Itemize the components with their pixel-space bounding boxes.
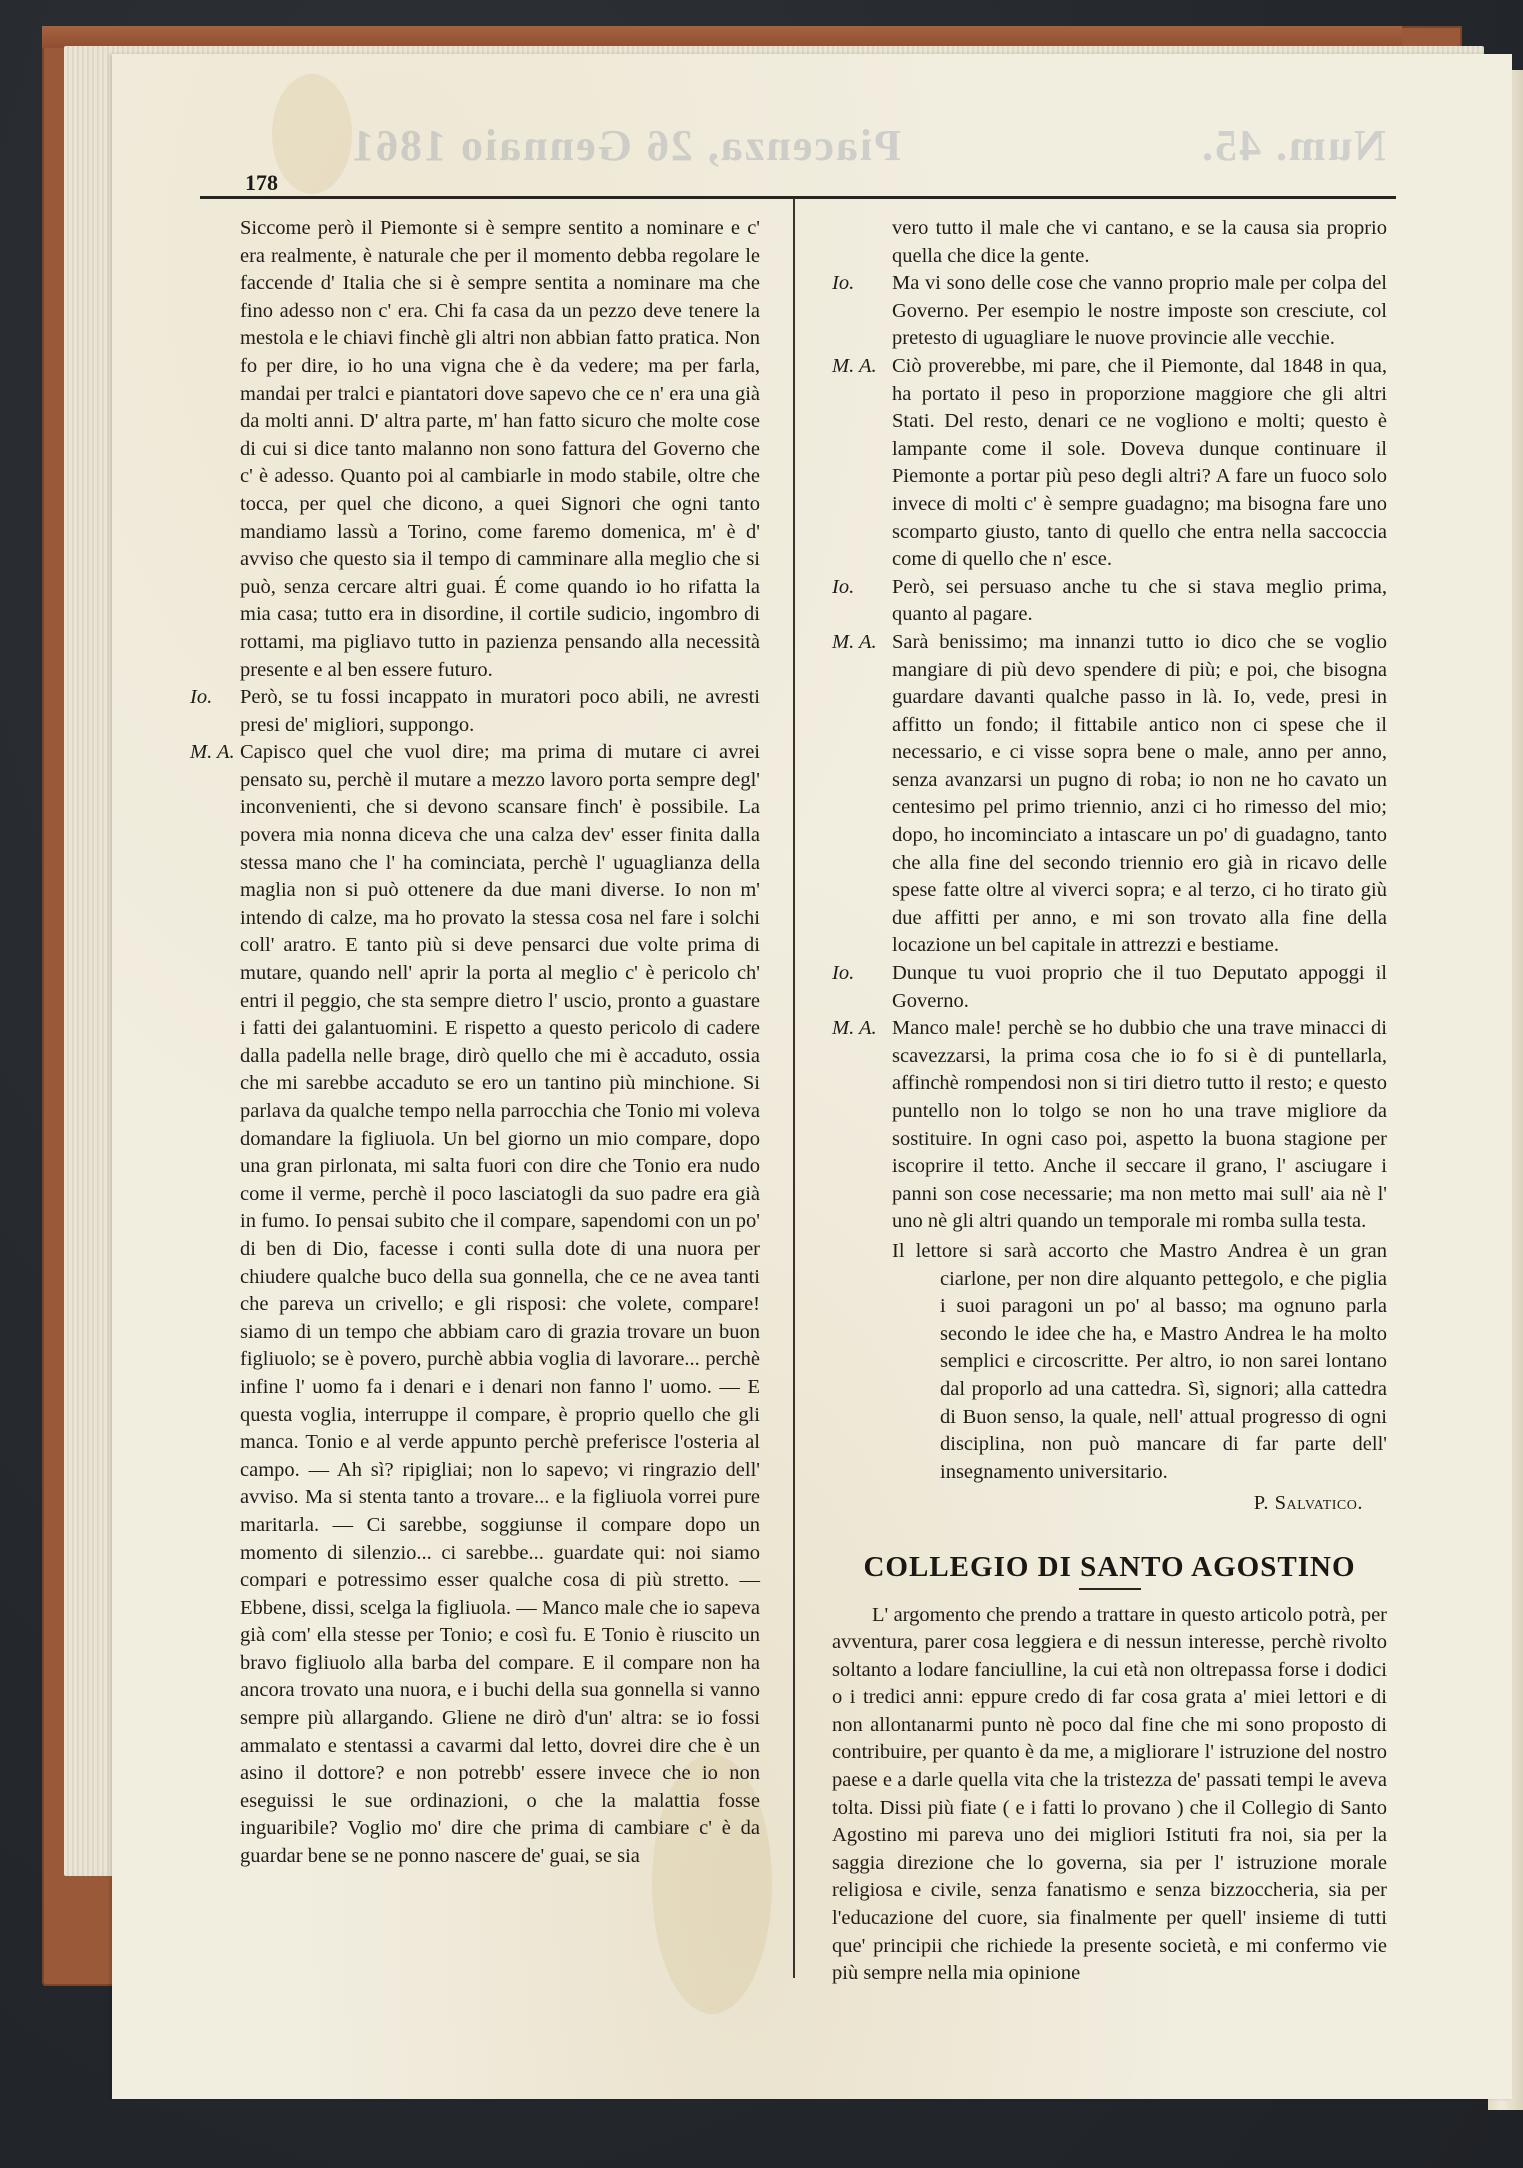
paragraph: vero tutto il male che vi cantano, e se … — [832, 215, 1387, 270]
dialogue-text: Ma vi sono delle cose che vanno proprio … — [892, 272, 1387, 349]
page-number: 178 — [245, 170, 278, 196]
dialogue-io: Io. Dunque tu vuoi proprio che il tuo De… — [832, 960, 1387, 1015]
dialogue-text: Manco male! perchè se ho dubbio che una … — [892, 1017, 1387, 1232]
dialogue-text: Capisco quel che vuol dire; ma prima di … — [240, 741, 760, 1867]
dialogue-text: Sarà benissimo; ma innanzi tutto io dico… — [892, 631, 1387, 957]
dialogue-text: Dunque tu vuoi proprio che il tuo Deputa… — [892, 962, 1387, 1012]
speaker-label: Io. — [832, 574, 854, 602]
narration-paragraph: Il lettore si sarà accorto che Mastro An… — [892, 1238, 1387, 1486]
title-rule — [1079, 1588, 1141, 1590]
right-column: vero tutto il male che vi cantano, e se … — [832, 215, 1387, 1988]
left-column: Siccome però il Piemonte si è sempre sen… — [240, 215, 760, 1871]
dialogue-io: Io. Però, sei persuaso anche tu che si s… — [832, 574, 1387, 629]
paper-stain — [272, 74, 352, 194]
article-title: COLLEGIO DI SANTO AGOSTINO — [832, 1554, 1387, 1582]
dialogue-text: Però, sei persuaso anche tu che si stava… — [892, 576, 1387, 626]
speaker-label: M. A. — [190, 739, 235, 767]
dialogue-text: Ciò proverebbe, mi pare, che il Piemonte… — [892, 355, 1387, 570]
speaker-label: M. A. — [832, 353, 877, 381]
speaker-label: M. A. — [832, 629, 877, 657]
dialogue-text: Però, se tu fossi incappato in muratori … — [240, 686, 760, 736]
dialogue-io: Io. Ma vi sono delle cose che vanno prop… — [832, 270, 1387, 353]
article-body: L' argomento che prendo a trattare in qu… — [832, 1602, 1387, 1988]
dialogue-mastro-andrea: M. A. Ciò proverebbe, mi pare, che il Pi… — [832, 353, 1387, 574]
speaker-label: Io. — [832, 270, 854, 298]
binding-top-edge — [42, 26, 1402, 48]
column-divider — [793, 198, 795, 1978]
header-rule — [200, 196, 1396, 199]
bleed-through-header-right: Num. 45. — [1200, 120, 1386, 171]
speaker-label: M. A. — [832, 1015, 877, 1043]
dialogue-mastro-andrea: M. A. Sarà benissimo; ma innanzi tutto i… — [832, 629, 1387, 960]
author-signature: P. Salvatico. — [832, 1490, 1363, 1518]
bleed-through-header-left: Piacenza, 26 Gennaio 1861 — [350, 120, 901, 171]
paragraph: Siccome però il Piemonte si è sempre sen… — [240, 215, 760, 684]
dialogue-mastro-andrea: M. A. Capisco quel che vuol dire; ma pri… — [190, 739, 760, 1870]
dialogue-io: Io. Però, se tu fossi incappato in murat… — [190, 684, 760, 739]
speaker-label: Io. — [190, 684, 212, 712]
speaker-label: Io. — [832, 960, 854, 988]
dialogue-mastro-andrea: M. A. Manco male! perchè se ho dubbio ch… — [832, 1015, 1387, 1236]
